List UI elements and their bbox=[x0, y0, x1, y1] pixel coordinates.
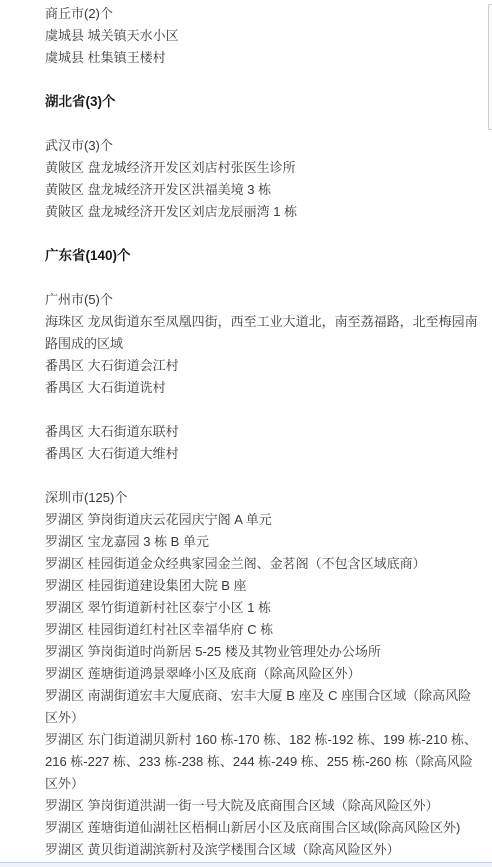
area-line: 番禺区 大石街道东联村 bbox=[45, 421, 479, 443]
area-line: 罗湖区 翠竹街道新村社区泰宁小区 1 栋 bbox=[45, 597, 479, 619]
province-heading-section: 广东省(140)个 bbox=[45, 245, 479, 267]
area-line: 武汉市(3)个 bbox=[45, 135, 479, 157]
area-line: 罗湖区 东门街道湖贝新村 160 栋-170 栋、182 栋-192 栋、199… bbox=[45, 729, 479, 795]
area-group-section: 深圳市(125)个罗湖区 笋岗街道庆云花园庆宁阁 A 单元罗湖区 宝龙嘉园 3 … bbox=[45, 487, 479, 861]
area-line: 罗湖区 桂园街道建设集团大院 B 座 bbox=[45, 575, 479, 597]
bottom-edge-strip bbox=[0, 862, 492, 867]
area-line: 罗湖区 南湖街道宏丰大厦底商、宏丰大厦 B 座及 C 座围合区域（除高风险区外） bbox=[45, 685, 479, 729]
area-line: 海珠区 龙凤街道东至凤凰四街，西至工业大道北，南至荔福路，北至梅园南路围成的区域 bbox=[45, 311, 479, 355]
area-line: 广州市(5)个 bbox=[45, 289, 479, 311]
area-line: 罗湖区 笋岗街道时尚新居 5-25 楼及其物业管理处办公场所 bbox=[45, 641, 479, 663]
area-line: 番禺区 大石街道会江村 bbox=[45, 355, 479, 377]
area-line: 黄陂区 盘龙城经济开发区洪福美境 3 栋 bbox=[45, 179, 479, 201]
area-line: 虞城县 杜集镇王楼村 bbox=[45, 47, 479, 69]
area-line: 深圳市(125)个 bbox=[45, 487, 479, 509]
area-line: 罗湖区 莲塘街道仙湖社区梧桐山新居小区及底商围合区域(除高风险区外) bbox=[45, 817, 479, 839]
area-line: 罗湖区 笋岗街道洪湖一街一号大院及底商围合区域（除高风险区外） bbox=[45, 795, 479, 817]
area-line: 黄陂区 盘龙城经济开发区刘店龙辰丽湾 1 栋 bbox=[45, 201, 479, 223]
area-line: 罗湖区 莲塘街道鸿景翠峰小区及底商（除高风险区外） bbox=[45, 663, 479, 685]
area-line: 虞城县 城关镇天水小区 bbox=[45, 25, 479, 47]
area-line: 罗湖区 笋岗街道庆云花园庆宁阁 A 单元 bbox=[45, 509, 479, 531]
area-group-section: 商丘市(2)个虞城县 城关镇天水小区虞城县 杜集镇王楼村 bbox=[45, 3, 479, 69]
scrollbar-thumb[interactable] bbox=[488, 4, 492, 130]
area-line: 罗湖区 黄贝街道湖滨新村及滨学楼围合区域（除高风险区外） bbox=[45, 839, 479, 861]
area-line: 罗湖区 桂园街道红村社区幸福华府 C 栋 bbox=[45, 619, 479, 641]
area-group-section: 武汉市(3)个黄陂区 盘龙城经济开发区刘店村张医生诊所黄陂区 盘龙城经济开发区洪… bbox=[45, 135, 479, 223]
area-line: 商丘市(2)个 bbox=[45, 3, 479, 25]
area-line: 罗湖区 宝龙嘉园 3 栋 B 单元 bbox=[45, 531, 479, 553]
province-heading-section: 湖北省(3)个 bbox=[45, 91, 479, 113]
area-line: 番禺区 大石街道诜村 bbox=[45, 377, 479, 399]
area-group-section: 广州市(5)个海珠区 龙凤街道东至凤凰四街，西至工业大道北，南至荔福路，北至梅园… bbox=[45, 289, 479, 399]
area-line: 罗湖区 桂园街道金众经典家园金兰阁、金茗阁（不包含区域底商） bbox=[45, 553, 479, 575]
area-line: 黄陂区 盘龙城经济开发区刘店村张医生诊所 bbox=[45, 157, 479, 179]
risk-area-document: 商丘市(2)个虞城县 城关镇天水小区虞城县 杜集镇王楼村湖北省(3)个武汉市(3… bbox=[0, 0, 492, 861]
area-group-section: 番禺区 大石街道东联村番禺区 大石街道大维村 bbox=[45, 421, 479, 465]
province-heading: 广东省(140)个 bbox=[45, 245, 479, 267]
area-line: 番禺区 大石街道大维村 bbox=[45, 443, 479, 465]
province-heading: 湖北省(3)个 bbox=[45, 91, 479, 113]
